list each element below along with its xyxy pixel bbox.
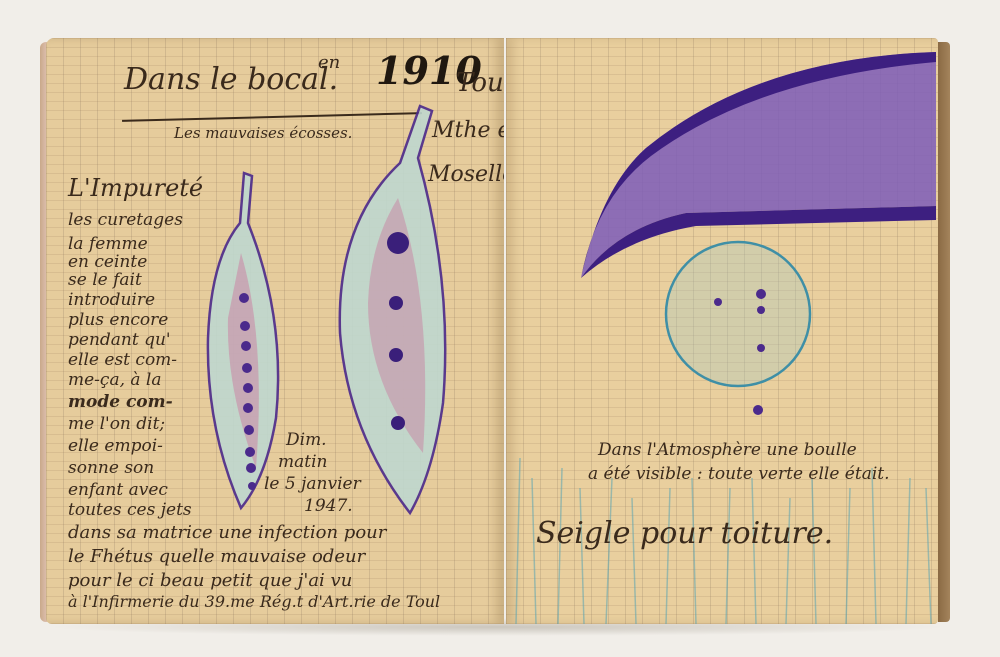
title-place: Toul	[456, 68, 504, 98]
left-page: Dans le bocal. en 1910 Toul Les mauvaise…	[46, 38, 504, 624]
caption-line-1: Dans l'Atmosphère une boulle	[598, 440, 857, 460]
text-line: à l'Infirmerie du 39.me Rég.t d'Art.rie …	[68, 592, 440, 611]
caption-line-2: a été visible : toute verte elle était.	[588, 464, 890, 484]
text-line: elle empoi-	[68, 436, 163, 456]
text-line: pendant qu'	[68, 330, 171, 350]
text-line: en ceinte	[68, 252, 147, 272]
subtitle: Les mauvaises écosses.	[174, 124, 352, 142]
text-line: se le fait	[68, 270, 142, 290]
text-line: me l'on dit;	[68, 414, 165, 434]
large-seed-pod-drawing	[328, 103, 458, 518]
text-line: sonne son	[68, 458, 154, 478]
big-caption: Seigle pour toiture.	[536, 516, 833, 551]
text-line: mode com-	[68, 392, 173, 412]
text-line: enfant avec	[68, 480, 168, 500]
text-line: toutes ces jets	[68, 500, 192, 520]
text-line: plus encore	[68, 310, 168, 330]
text-line: introduire	[68, 290, 155, 310]
open-notebook: Dans le bocal. en 1910 Toul Les mauvaise…	[40, 38, 952, 626]
text-line: pour le ci beau petit que j'ai vu	[68, 570, 352, 591]
text-line: dans sa matrice une infection pour	[68, 522, 386, 543]
heading-impurete: L'Impureté	[68, 174, 203, 202]
right-page: Dans l'Atmosphère une boulle a été visib…	[506, 38, 938, 624]
text-line: la femme	[68, 234, 148, 254]
notebook-right-cover-edge	[938, 42, 950, 622]
blue-circle-sphere	[666, 242, 810, 386]
text-line: les curetages	[68, 210, 183, 230]
text-line: le Fhétus quelle mauvaise odeur	[68, 546, 365, 567]
text-line: me-ça, à la	[68, 370, 162, 390]
text-line: elle est com-	[68, 350, 177, 370]
small-seed-pod-drawing	[196, 168, 296, 518]
page-title: Dans le bocal.	[124, 62, 338, 97]
title-en: en	[318, 52, 340, 73]
